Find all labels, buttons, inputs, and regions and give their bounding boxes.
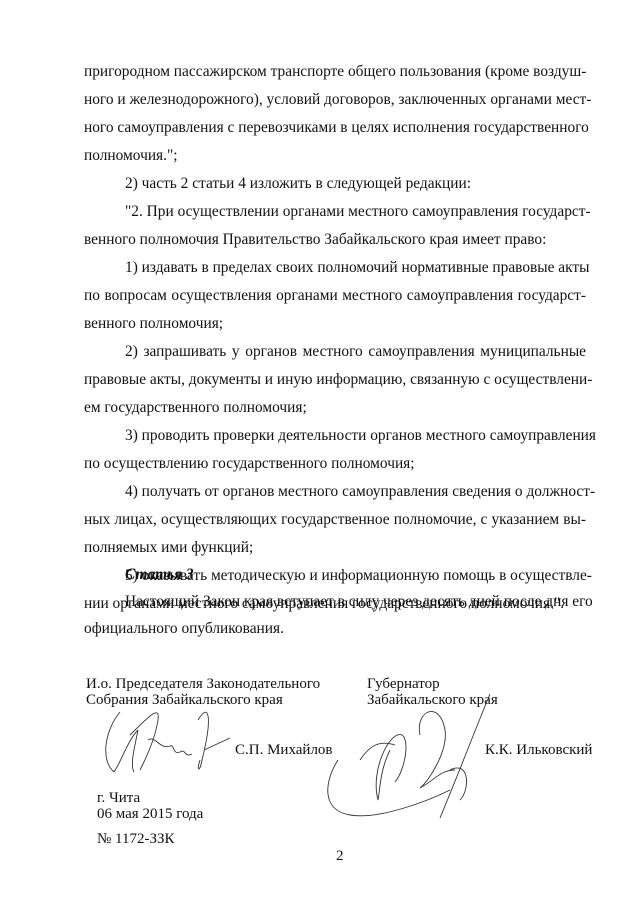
body-line: 2) запрашивать у органов местного самоуп… (125, 342, 586, 362)
left-signatory-name: С.П. Михайлов (235, 742, 333, 758)
body-line: 5) оказывать методическую и информационн… (125, 566, 586, 586)
law-number: № 1172-ЗЗК (97, 831, 175, 847)
body-line: 1) издавать в пределах своих полномочий … (125, 258, 586, 278)
page-number: 2 (336, 848, 344, 865)
left-signature-icon (100, 700, 240, 780)
body-line: ного самоуправления с перевозчиками в це… (84, 118, 586, 138)
left-signatory-title-1: И.о. Председателя Законодательного (86, 676, 320, 692)
body-line: полняемых ими функций; (84, 538, 586, 558)
body-line: по вопросам осуществления органами местн… (84, 286, 586, 306)
body-line: 3) проводить проверки деятельности орган… (125, 426, 586, 446)
body-line: венного полномочия; (84, 314, 586, 334)
body-line: 2) часть 2 статьи 4 изложить в следующей… (125, 174, 586, 194)
body-line: "2. При осуществлении органами местного … (125, 202, 586, 222)
body-line: ного и железнодорожного), условий догово… (84, 90, 586, 110)
body-line: полномочия."; (84, 146, 586, 166)
body-line: пригородном пассажирском транспорте обще… (84, 62, 586, 82)
body-line: ем государственного полномочия; (84, 398, 586, 418)
article-3-heading: Статья 3 (125, 566, 194, 584)
date: 06 мая 2015 года (97, 806, 203, 822)
article-3-line-1: Настоящий Закон края вступает в силу чер… (125, 592, 586, 612)
body-line: ных лицах, осуществляющих государственно… (84, 510, 586, 530)
body-line: по осуществлению государственного полном… (84, 454, 586, 474)
right-signature-icon (320, 690, 520, 830)
body-line: правовые акты, документы и иную информац… (84, 370, 586, 390)
body-line: венного полномочия Правительство Забайка… (84, 230, 586, 250)
place: г. Чита (97, 790, 140, 806)
article-3-line-2: официального опубликования. (84, 619, 586, 639)
body-line: 4) получать от органов местного самоупра… (125, 482, 586, 502)
